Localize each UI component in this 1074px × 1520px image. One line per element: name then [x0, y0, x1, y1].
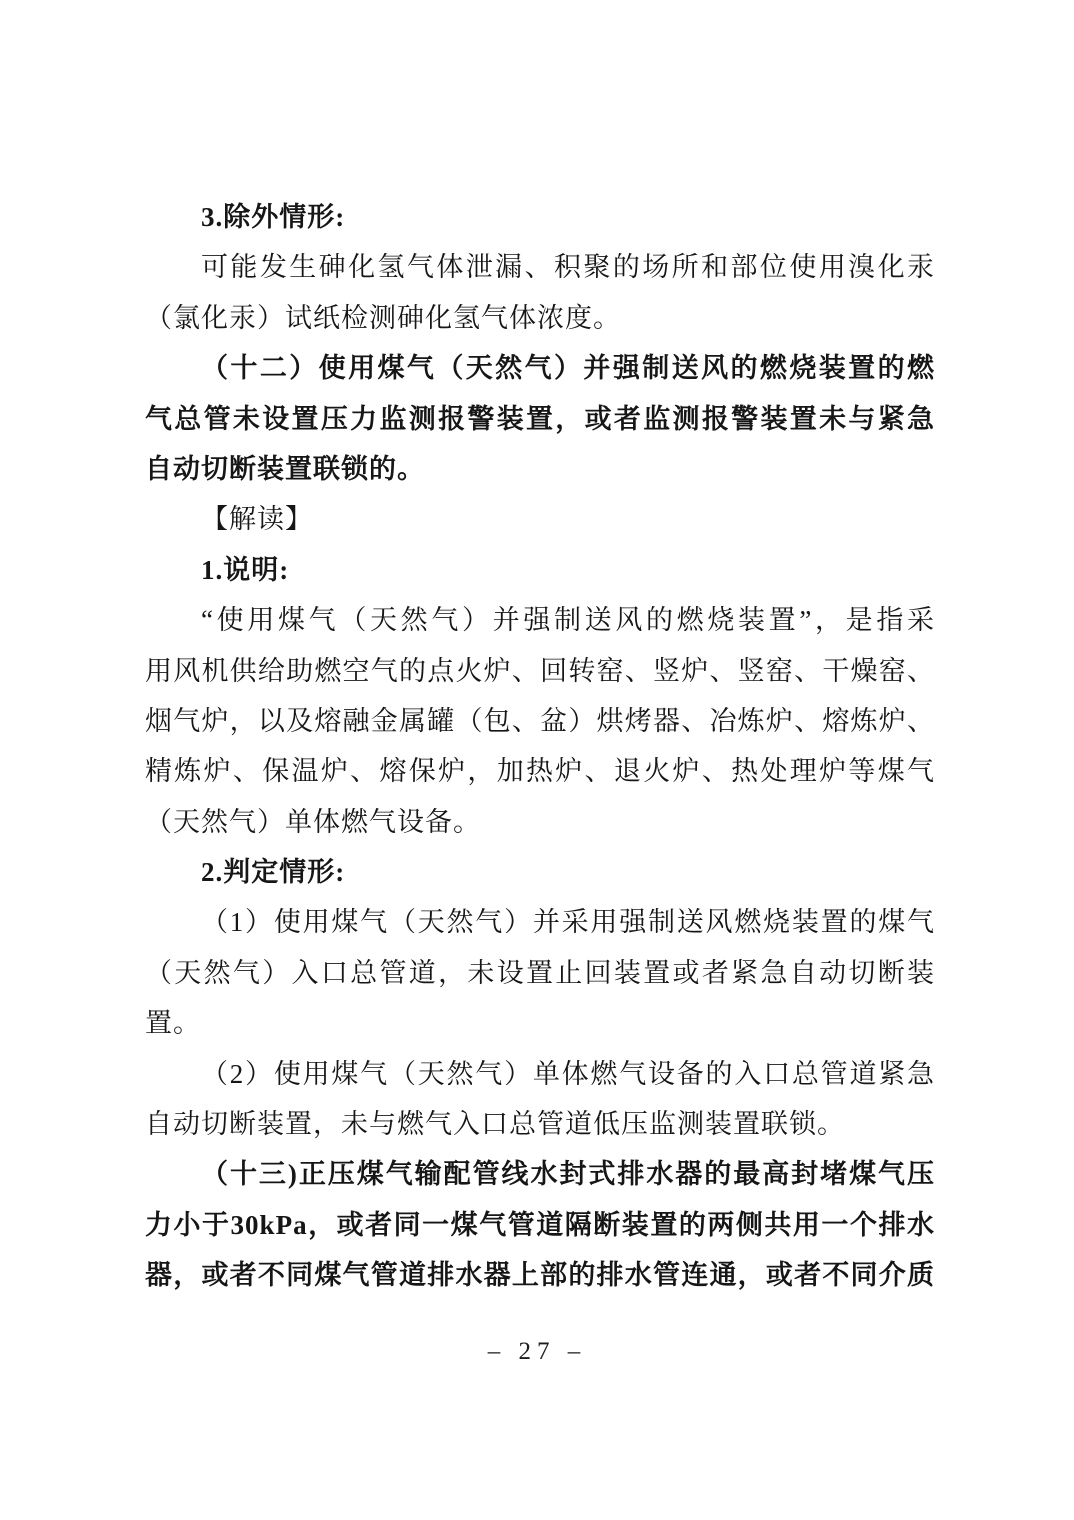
- text-line: 2.判定情形:: [145, 847, 935, 897]
- document-text: 3.除外情形:可能发生砷化氢气体泄漏、积聚的场所和部位使用溴化汞（氯化汞）试纸检…: [145, 192, 935, 1301]
- document-page: 3.除外情形:可能发生砷化氢气体泄漏、积聚的场所和部位使用溴化汞（氯化汞）试纸检…: [0, 0, 1074, 1520]
- text-line: （氯化汞）试纸检测砷化氢气体浓度。: [145, 293, 935, 343]
- text-line: 气总管未设置压力监测报警装置，或者监测报警装置未与紧急: [145, 394, 935, 444]
- text-line: （天然气）入口总管道，未设置止回装置或者紧急自动切断装: [145, 948, 935, 998]
- text-line: 自动切断装置联锁的。: [145, 444, 935, 494]
- text-line: （十三)正压煤气输配管线水封式排水器的最高封堵煤气压: [145, 1149, 935, 1199]
- text-line: 自动切断装置，未与燃气入口总管道低压监测装置联锁。: [145, 1099, 935, 1149]
- text-line: “使用煤气（天然气）并强制送风的燃烧装置”，是指采: [145, 595, 935, 645]
- text-line: 器，或者不同煤气管道排水器上部的排水管连通，或者不同介质: [145, 1250, 935, 1300]
- text-line: 【解读】: [145, 494, 935, 544]
- text-line: 精炼炉、保温炉、熔保炉，加热炉、退火炉、热处理炉等煤气: [145, 746, 935, 796]
- text-line: （十二）使用煤气（天然气）并强制送风的燃烧装置的燃: [145, 343, 935, 393]
- text-line: 3.除外情形:: [145, 192, 935, 242]
- text-line: 力小于30kPa，或者同一煤气管道隔断装置的两侧共用一个排水: [145, 1200, 935, 1250]
- text-line: 可能发生砷化氢气体泄漏、积聚的场所和部位使用溴化汞: [145, 242, 935, 292]
- page-number: – 27 –: [0, 1338, 1074, 1366]
- text-line: （1）使用煤气（天然气）并采用强制送风燃烧装置的煤气: [145, 897, 935, 947]
- text-line: （2）使用煤气（天然气）单体燃气设备的入口总管道紧急: [145, 1049, 935, 1099]
- text-line: 用风机供给助燃空气的点火炉、回转窑、竖炉、竖窑、干燥窑、: [145, 646, 935, 696]
- text-line: 置。: [145, 998, 935, 1048]
- text-line: （天然气）单体燃气设备。: [145, 797, 935, 847]
- text-line: 烟气炉，以及熔融金属罐（包、盆）烘烤器、冶炼炉、熔炼炉、: [145, 696, 935, 746]
- text-line: 1.说明:: [145, 545, 935, 595]
